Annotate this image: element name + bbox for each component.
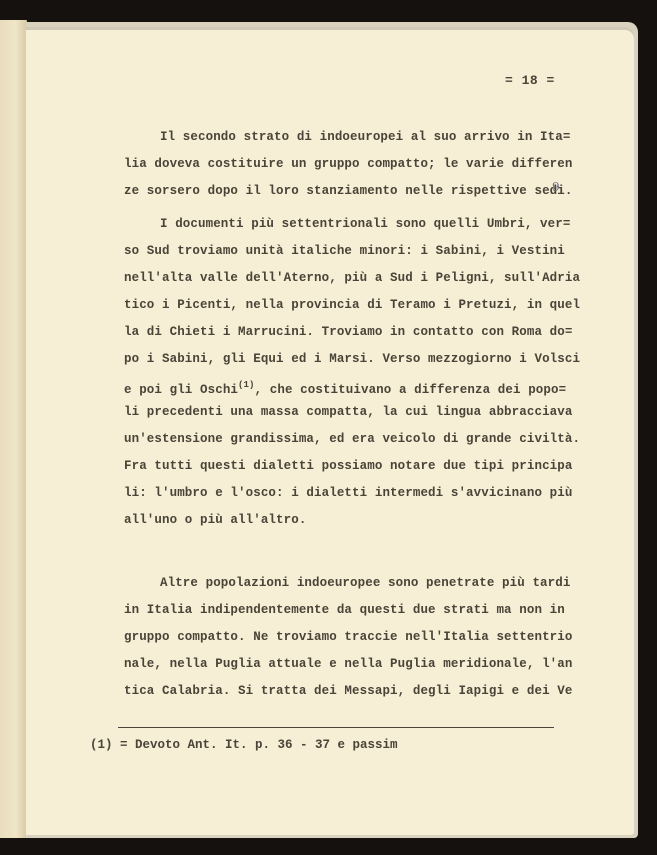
text-line: tico i Picenti, nella provincia di Teram… bbox=[124, 297, 580, 313]
text-line: tica Calabria. Si tratta dei Messapi, de… bbox=[124, 683, 572, 699]
text-line: po i Sabini, gli Equi ed i Marsi. Verso … bbox=[124, 351, 580, 367]
text-line: nale, nella Puglia attuale e nella Pugli… bbox=[124, 656, 572, 672]
text-line: e poi gli Oschi(1), che costituivano a d… bbox=[124, 377, 566, 398]
text-line: gruppo compatto. Ne troviamo traccie nel… bbox=[124, 629, 572, 645]
text-line: so Sud troviamo unità italiche minori: i… bbox=[124, 243, 565, 259]
text-line: li: l'umbro e l'osco: i dialetti interme… bbox=[124, 485, 572, 501]
margin-annotation: 9 bbox=[552, 180, 560, 194]
text-line: ze sorsero dopo il loro stanziamento nel… bbox=[124, 183, 572, 199]
text-line: Fra tutti questi dialetti possiamo notar… bbox=[124, 458, 572, 474]
text-line: lia doveva costituire un gruppo compatto… bbox=[124, 156, 572, 172]
footnote: (1) = Devoto Ant. It. p. 36 - 37 e passi… bbox=[90, 738, 398, 752]
text-line: I documenti più settentrionali sono quel… bbox=[160, 216, 570, 232]
text-line: all'uno o più all'altro. bbox=[124, 512, 306, 528]
text-line: in Italia indipendentemente da questi du… bbox=[124, 602, 565, 618]
text-line: la di Chieti i Marrucini. Troviamo in co… bbox=[124, 324, 572, 340]
previous-page-edge bbox=[0, 20, 27, 838]
text-line: li precedenti una massa compatta, la cui… bbox=[124, 404, 572, 420]
footnote-reference: (1) bbox=[238, 380, 255, 390]
footnote-rule bbox=[118, 727, 554, 728]
text-line: un'estensione grandissima, ed era veicol… bbox=[124, 431, 580, 447]
page-number: = 18 = bbox=[505, 73, 555, 88]
text-line: nell'alta valle dell'Aterno, più a Sud i… bbox=[124, 270, 580, 286]
text-line: Il secondo strato di indoeuropei al suo … bbox=[160, 129, 570, 145]
text-line: Altre popolazioni indoeuropee sono penet… bbox=[160, 575, 570, 591]
